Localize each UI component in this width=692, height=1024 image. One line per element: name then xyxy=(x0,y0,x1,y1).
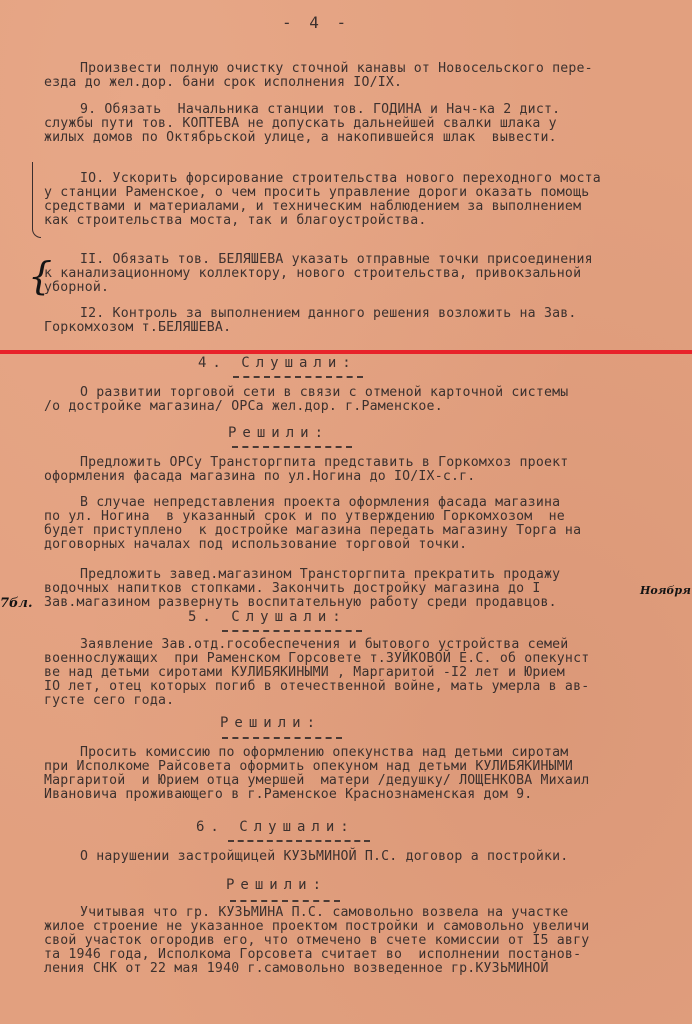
section-4-decided: договорных началах под использование тор… xyxy=(44,538,467,552)
item-9-line: 9. Обязать Начальника станции тов. ГОДИН… xyxy=(80,103,560,117)
section-6-decided: жилое строение не указанное проектом пос… xyxy=(44,920,589,934)
handwritten-note: 7бл. xyxy=(0,596,32,611)
item-9-line: жилых домов по Октябрьской улице, а нако… xyxy=(44,131,557,145)
margin-bracket xyxy=(32,162,41,238)
section-6-decided: свой участок огородив его, что отмечено … xyxy=(44,934,589,948)
item-10-line: у станции Раменское, о чем просить управ… xyxy=(44,186,589,200)
section-4-decided: будет приступлено к достройке магазина п… xyxy=(44,524,581,538)
section-5-decided-heading: Решили: xyxy=(220,716,321,730)
section-6-decided-heading: Решили: xyxy=(226,878,327,892)
section-5-heard: военнослужащих при Раменском Горсовете т… xyxy=(44,652,589,666)
heading-underline xyxy=(233,376,363,378)
section-5-heard: Заявление Зав.отд.гособеспечения и бытов… xyxy=(80,638,568,652)
item-12-line: I2. Контроль за выполнением данного реше… xyxy=(80,307,577,321)
section-5-heard: ве над детьми сиротами КУЛИБЯКИНЫМИ , Ма… xyxy=(44,666,565,680)
handwritten-note: Ноября xyxy=(640,584,691,597)
item-11-line: II. Обязать тов. БЕЛЯШЕВА указать отправ… xyxy=(80,253,593,267)
heading-underline xyxy=(222,737,342,739)
section-4-decided: по ул. Ногина в указанный срок и по утве… xyxy=(44,510,565,524)
item-10-line: средствами и материалами, и техническим … xyxy=(44,200,581,214)
section-4-heard: О развитии торговой сети в связи с отмен… xyxy=(80,386,568,400)
section-5-heard: IO лет, отец которых погиб в отечественн… xyxy=(44,680,589,694)
heading-underline xyxy=(222,630,362,632)
section-4-decided: водочных напитков стопками. Закончить до… xyxy=(44,582,541,596)
section-5-heading: 5. Слушали: xyxy=(188,610,347,624)
heading-underline xyxy=(232,446,352,448)
section-4-decided-heading: Решили: xyxy=(228,426,329,440)
section-4-decided: Предложить завед.магазином Трансторгпита… xyxy=(80,568,560,582)
heading-underline xyxy=(230,900,340,902)
section-5-decided: при Исполкоме Райсовета оформить опекуно… xyxy=(44,760,573,774)
section-5-heard: густе сего года. xyxy=(44,694,174,708)
section-4-heading: 4. Слушали: xyxy=(198,356,357,370)
section-5-decided: Маргаритой и Юрием отца умершей матери /… xyxy=(44,774,589,788)
item-10-line: IO. Ускорить форсирование строительства … xyxy=(80,172,601,186)
document-page: - 4 - Произвести полную очистку сточной … xyxy=(0,0,692,1024)
section-5-decided: Просить комиссию по оформлению опекунств… xyxy=(80,746,568,760)
section-4-decided: Зав.магазином развернуть воспитательную … xyxy=(44,596,557,610)
section-4-decided: оформления фасада магазина по ул.Ногина … xyxy=(44,470,475,484)
section-6-decided: Учитывая что гр. КУЗЬМИНА П.С. самовольн… xyxy=(80,906,568,920)
item-10-line: как строительства моста, так и благоустр… xyxy=(44,214,427,228)
item-12-line: Горкомхозом т.БЕЛЯШЕВА. xyxy=(44,321,231,335)
section-5-decided: Ивановича проживающего в г.Раменское Кра… xyxy=(44,788,532,802)
section-6-decided: та 1946 года, Исполкома Горсовета считае… xyxy=(44,948,581,962)
heading-underline xyxy=(228,840,370,842)
para-line: Произвести полную очистку сточной канавы… xyxy=(80,62,593,76)
section-6-heading: 6. Слушали: xyxy=(196,820,355,834)
item-11-line: уборной. xyxy=(44,281,109,295)
section-6-heard: О нарушении застройщицей КУЗЬМИНОЙ П.С. … xyxy=(80,850,568,864)
section-4-decided: Предложить ОРСу Трансторгпита представит… xyxy=(80,456,568,470)
item-11-line: к канализационному коллектору, нового ст… xyxy=(44,267,581,281)
section-4-decided: В случае непредставления проекта оформле… xyxy=(80,496,560,510)
item-9-line: службы пути тов. КОПТЕВА не допускать да… xyxy=(44,117,557,131)
section-6-decided: ления СНК от 22 мая 1940 г.самовольно во… xyxy=(44,962,549,976)
page-number: - 4 - xyxy=(282,16,350,30)
section-4-heard: /о достройке магазина/ ОРСа жел.дор. г.Р… xyxy=(44,400,443,414)
para-line: езда до жел.дор. бани срок исполнения IO… xyxy=(44,76,402,90)
red-divider-line xyxy=(0,350,692,354)
